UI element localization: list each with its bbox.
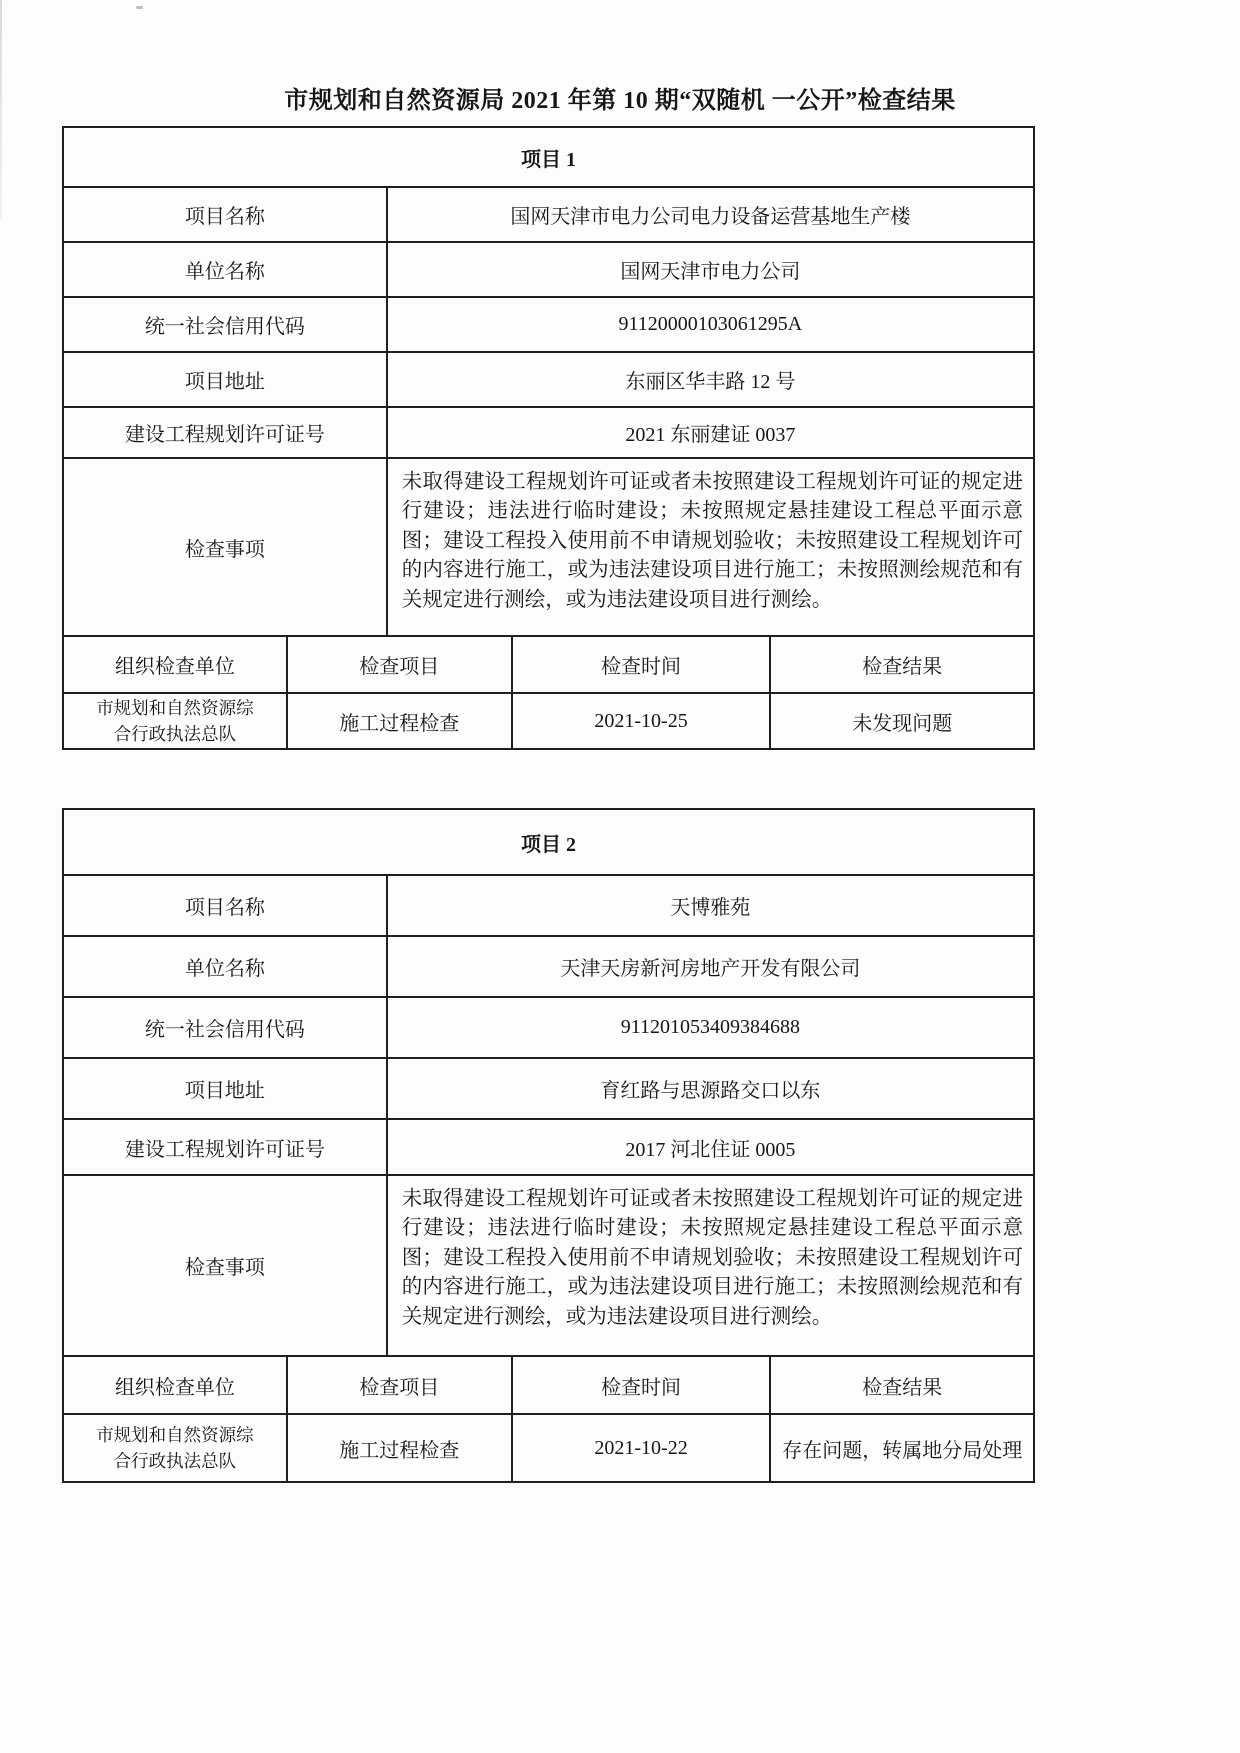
table-row: 单位名称 国网天津市电力公司 xyxy=(64,241,1033,296)
table-row: 项目 1 xyxy=(64,128,1033,186)
unit-name-value: 国网天津市电力公司 xyxy=(386,243,1033,296)
credit-code-value: 91120000103061295A xyxy=(386,298,1033,351)
org-unit-header: 组织检查单位 xyxy=(64,637,286,692)
project-name-value: 国网天津市电力公司电力设备运营基地生产楼 xyxy=(386,188,1033,241)
table-row: 单位名称 天津天房新河房地产开发有限公司 xyxy=(64,935,1033,996)
org-unit-value: 市规划和自然资源综合行政执法总队 xyxy=(64,694,286,748)
table-row: 项目地址 育红路与思源路交口以东 xyxy=(64,1057,1033,1118)
inspection-item-value: 施工过程检查 xyxy=(286,694,511,748)
credit-code-label: 统一社会信用代码 xyxy=(64,998,386,1057)
permit-number-value: 2021 东丽建证 0037 xyxy=(386,408,1033,457)
unit-name-label: 单位名称 xyxy=(64,243,386,296)
table-row: 建设工程规划许可证号 2021 东丽建证 0037 xyxy=(64,406,1033,457)
page-title: 市规划和自然资源局 2021 年第 10 期“双随机 一公开”检查结果 xyxy=(0,80,1240,115)
inspection-item-header: 检查项目 xyxy=(286,1357,511,1413)
inspection-item-header: 检查项目 xyxy=(286,637,511,692)
table-row: 项目 2 xyxy=(64,810,1033,874)
inspection-scope-label: 检查事项 xyxy=(64,459,386,635)
table-row: 统一社会信用代码 91120000103061295A xyxy=(64,296,1033,351)
permit-number-label: 建设工程规划许可证号 xyxy=(64,1120,386,1174)
table-row: 项目地址 东丽区华丰路 12 号 xyxy=(64,351,1033,406)
project-address-value: 育红路与思源路交口以东 xyxy=(386,1059,1033,1118)
unit-name-value: 天津天房新河房地产开发有限公司 xyxy=(386,937,1033,996)
project-name-label: 项目名称 xyxy=(64,876,386,935)
project-2-table: 项目 2 项目名称 天博雅苑 单位名称 天津天房新河房地产开发有限公司 统一社会… xyxy=(62,808,1035,1483)
inspection-date-header: 检查时间 xyxy=(511,637,770,692)
inspection-item-value: 施工过程检查 xyxy=(286,1415,511,1481)
inspection-result-value: 未发现问题 xyxy=(769,694,1033,748)
table-data-row: 市规划和自然资源综合行政执法总队 施工过程检查 2021-10-22 存在问题，… xyxy=(64,1413,1033,1481)
table-row: 检查事项 未取得建设工程规划许可证或者未按照建设工程规划许可证的规定进行建设；违… xyxy=(64,457,1033,635)
inspection-date-value: 2021-10-22 xyxy=(511,1415,770,1481)
project-address-label: 项目地址 xyxy=(64,353,386,406)
permit-number-label: 建设工程规划许可证号 xyxy=(64,408,386,457)
project-name-label: 项目名称 xyxy=(64,188,386,241)
inspection-date-value: 2021-10-25 xyxy=(511,694,770,748)
table-data-row: 市规划和自然资源综合行政执法总队 施工过程检查 2021-10-25 未发现问题 xyxy=(64,692,1033,748)
table-row: 建设工程规划许可证号 2017 河北住证 0005 xyxy=(64,1118,1033,1174)
permit-number-value: 2017 河北住证 0005 xyxy=(386,1120,1033,1174)
inspection-result-value: 存在问题，转属地分局处理 xyxy=(769,1415,1033,1481)
project-name-value: 天博雅苑 xyxy=(386,876,1033,935)
inspection-result-header: 检查结果 xyxy=(769,1357,1033,1413)
credit-code-value: 911201053409384688 xyxy=(386,998,1033,1057)
credit-code-label: 统一社会信用代码 xyxy=(64,298,386,351)
table-row: 项目名称 天博雅苑 xyxy=(64,874,1033,935)
project-address-value: 东丽区华丰路 12 号 xyxy=(386,353,1033,406)
org-unit-value: 市规划和自然资源综合行政执法总队 xyxy=(64,1415,286,1481)
table-header-row: 组织检查单位 检查项目 检查时间 检查结果 xyxy=(64,1355,1033,1413)
table-row: 检查事项 未取得建设工程规划许可证或者未按照建设工程规划许可证的规定进行建设；违… xyxy=(64,1174,1033,1355)
project-1-table: 项目 1 项目名称 国网天津市电力公司电力设备运营基地生产楼 单位名称 国网天津… xyxy=(62,126,1035,750)
project-address-label: 项目地址 xyxy=(64,1059,386,1118)
inspection-scope-label: 检查事项 xyxy=(64,1176,386,1355)
table-row: 统一社会信用代码 911201053409384688 xyxy=(64,996,1033,1057)
org-unit-header: 组织检查单位 xyxy=(64,1357,286,1413)
inspection-result-header: 检查结果 xyxy=(769,637,1033,692)
unit-name-label: 单位名称 xyxy=(64,937,386,996)
inspection-date-header: 检查时间 xyxy=(511,1357,770,1413)
inspection-scope-value: 未取得建设工程规划许可证或者未按照建设工程规划许可证的规定进行建设；违法进行临时… xyxy=(386,459,1033,635)
scan-artifact xyxy=(136,6,143,9)
inspection-scope-value: 未取得建设工程规划许可证或者未按照建设工程规划许可证的规定进行建设；违法进行临时… xyxy=(386,1176,1033,1355)
table-row: 项目名称 国网天津市电力公司电力设备运营基地生产楼 xyxy=(64,186,1033,241)
project-2-header: 项目 2 xyxy=(64,810,1033,874)
project-1-header: 项目 1 xyxy=(64,128,1033,186)
table-header-row: 组织检查单位 检查项目 检查时间 检查结果 xyxy=(64,635,1033,692)
